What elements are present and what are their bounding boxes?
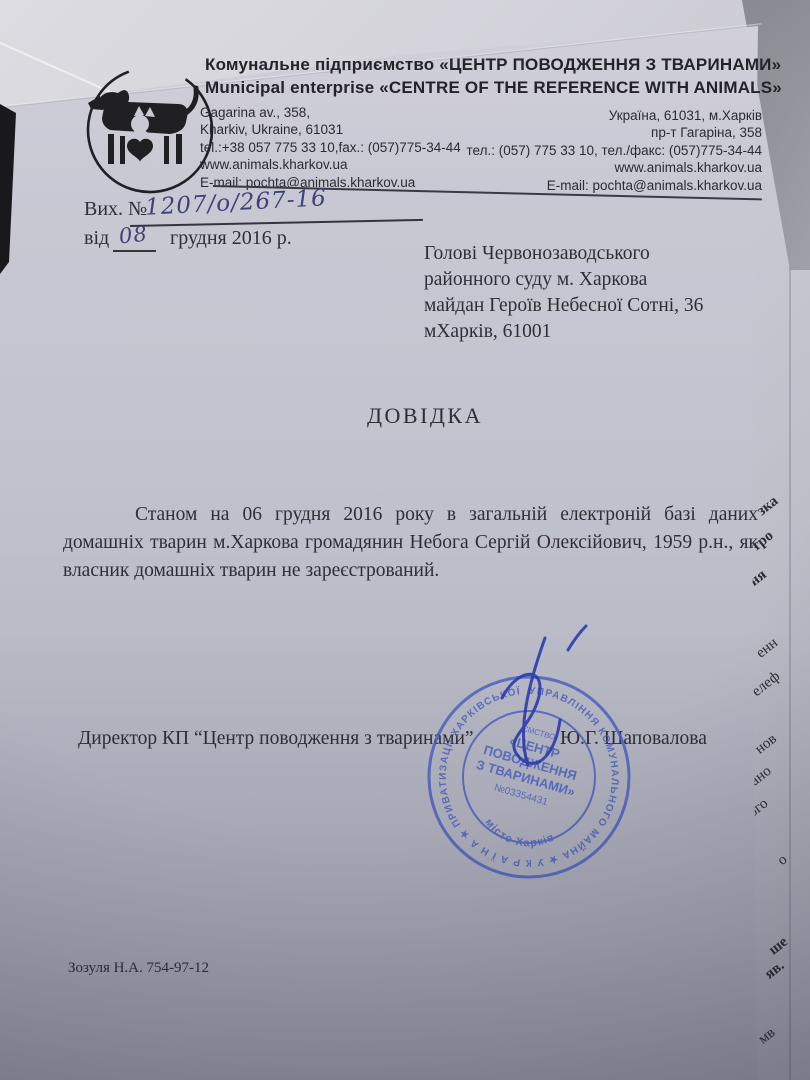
stamp-bottom-text: місто Харків [482, 817, 556, 850]
document-title: ДОВІДКА [85, 403, 765, 429]
contact-line: www.animals.kharkov.ua [200, 156, 461, 173]
contact-line: tel.:+38 057 775 33 10,fax.: (057)775-34… [200, 139, 461, 156]
contact-line: www.animals.kharkov.ua [440, 159, 762, 176]
org-name-uk: Комунальне підприємство «ЦЕНТР ПОВОДЖЕНН… [205, 55, 781, 75]
contact-block-left: Gagarina av., 358, Kharkiv, Ukraine, 610… [200, 104, 461, 191]
contact-line: Gagarina av., 358, [200, 104, 461, 121]
recipient-line: Голові Червонозаводського [424, 241, 703, 267]
document-photo: зка тро ня енн елеф нов ано ого о ше яв.… [0, 0, 810, 1080]
date-day-handwritten: 08 [118, 222, 149, 249]
svg-text:місто Харків: місто Харків [482, 817, 556, 850]
contact-line: Україна, 61031, м.Харків [440, 107, 762, 124]
signature-ink-icon [450, 620, 630, 790]
recipient-block: Голові Червонозаводського районного суду… [424, 241, 703, 345]
contact-line: пр-т Гагаріна, 358 [440, 124, 762, 141]
contact-block-right: Україна, 61031, м.Харків пр-т Гагаріна, … [440, 107, 762, 194]
outgoing-number-label: Вих. № [84, 198, 147, 221]
contact-line: Kharkiv, Ukraine, 61031 [200, 121, 461, 138]
contact-line: тел.: (057) 775 33 10, тел./факс: (057)7… [440, 142, 762, 159]
body-paragraph: Станом на 06 грудня 2016 року в загальні… [63, 501, 758, 585]
executor-note: Зозуля Н.А. 754-97-12 [68, 960, 209, 977]
handwritten-signature [450, 620, 630, 790]
recipient-line: мХарків, 61001 [424, 319, 703, 345]
org-name-en: Municipal enterprise «CENTRE OF THE REFE… [205, 78, 782, 98]
date-prefix: від [84, 227, 109, 250]
date-day-underline [113, 250, 156, 252]
recipient-line: майдан Героїв Небесної Сотні, 36 [424, 293, 703, 319]
date-suffix: грудня 2016 р. [170, 227, 292, 250]
recipient-line: районного суду м. Харкова [424, 267, 703, 293]
